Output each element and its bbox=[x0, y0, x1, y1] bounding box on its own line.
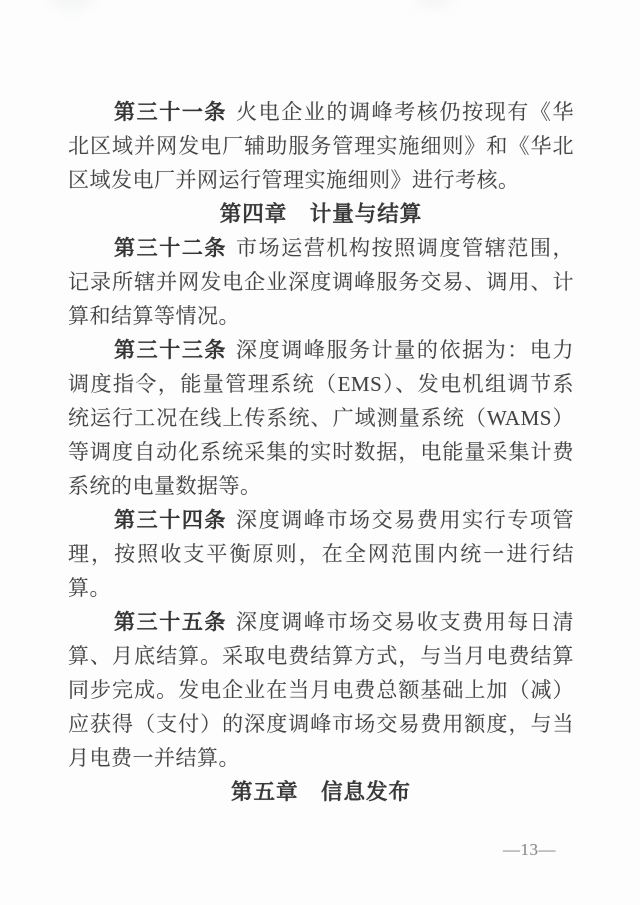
article-31-number: 第三十一条 bbox=[114, 100, 227, 124]
chapter-4-heading: 第四章 计量与结算 bbox=[68, 197, 574, 231]
article-35-number: 第三十五条 bbox=[114, 610, 227, 634]
article-33-paragraph: 第三十三条深度调峰服务计量的依据为：电力调度指令，能量管理系统（EMS）、发电机… bbox=[68, 333, 574, 503]
article-35-paragraph: 第三十五条深度调峰市场交易收支费用每日清算、月底结算。采取电费结算方式，与当月电… bbox=[68, 605, 574, 775]
chapter-5-heading: 第五章 信息发布 bbox=[68, 775, 574, 809]
article-35-text: 深度调峰市场交易收支费用每日清算、月底结算。采取电费结算方式，与当月电费结算同步… bbox=[68, 610, 574, 770]
article-34-paragraph: 第三十四条深度调峰市场交易费用实行专项管理，按照收支平衡原则，在全网范围内统一进… bbox=[68, 503, 574, 605]
article-33-number: 第三十三条 bbox=[114, 338, 227, 362]
article-32-number: 第三十二条 bbox=[114, 236, 227, 260]
page-number: —13— bbox=[503, 840, 556, 860]
document-body: 第三十一条火电企业的调峰考核仍按现有《华北区域并网发电厂辅助服务管理实施细则》和… bbox=[68, 95, 574, 809]
scan-artifact bbox=[416, 0, 452, 8]
article-33-text: 深度调峰服务计量的依据为：电力调度指令，能量管理系统（EMS）、发电机组调节系统… bbox=[68, 338, 574, 498]
article-34-number: 第三十四条 bbox=[114, 508, 227, 532]
scan-artifact bbox=[52, 0, 92, 10]
article-32-paragraph: 第三十二条市场运营机构按照调度管辖范围，记录所辖并网发电企业深度调峰服务交易、调… bbox=[68, 231, 574, 333]
article-31-paragraph: 第三十一条火电企业的调峰考核仍按现有《华北区域并网发电厂辅助服务管理实施细则》和… bbox=[68, 95, 574, 197]
scanned-document-page: 第三十一条火电企业的调峰考核仍按现有《华北区域并网发电厂辅助服务管理实施细则》和… bbox=[0, 0, 640, 905]
